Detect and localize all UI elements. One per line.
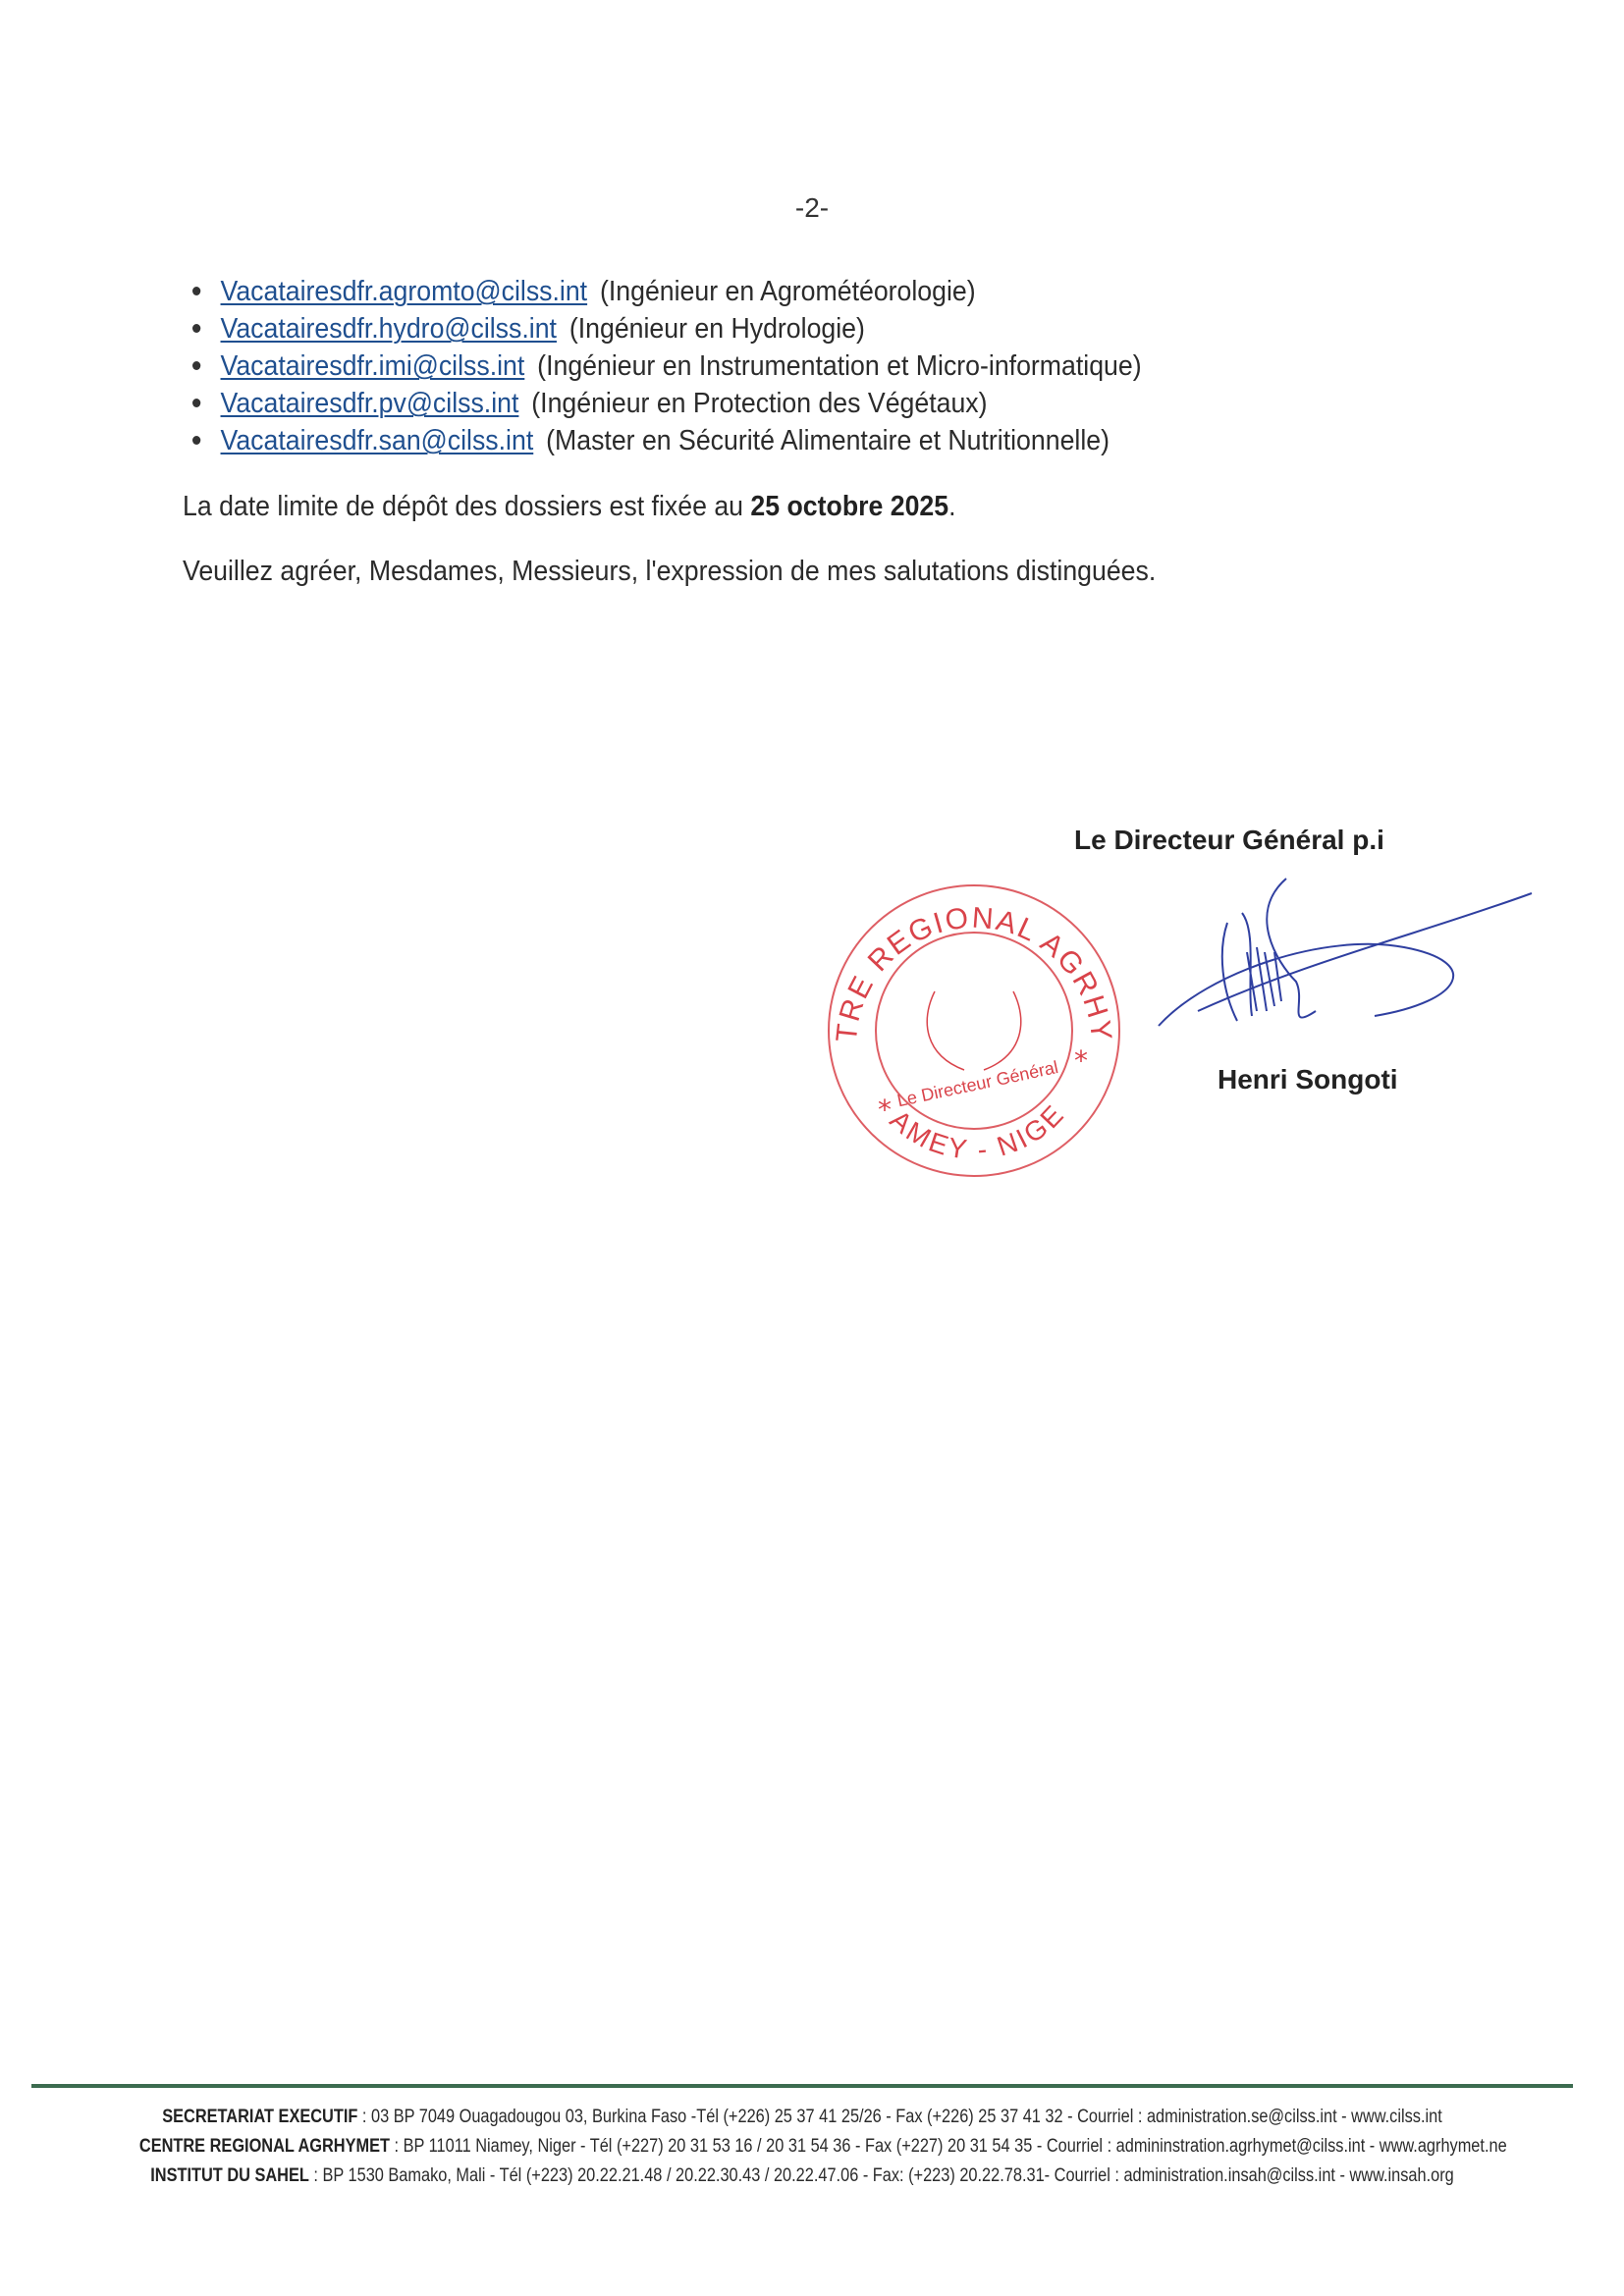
deadline-date: 25 octobre 2025 (750, 491, 948, 522)
svg-text:CENTRE REGIONAL AGRHYMET: CENTRE REGIONAL AGRHYMET (817, 874, 1117, 1043)
footer-line-insah: INSTITUT DU SAHEL : BP 1530 Bamako, Mali… (139, 2162, 1465, 2191)
email-link[interactable]: Vacatairesdfr.hydro@cilss.int (221, 313, 557, 345)
stamp-outer-text: CENTRE REGIONAL AGRHYMET (817, 874, 1117, 1043)
list-item: Vacatairesdfr.hydro@cilss.int(Ingénieur … (192, 310, 1142, 347)
email-list: Vacatairesdfr.agromto@cilss.int(Ingénieu… (192, 273, 1224, 459)
footer-details: : BP 11011 Niamey, Niger - Tél (+227) 20… (390, 2136, 1507, 2157)
footer-divider (31, 2084, 1573, 2088)
page-number: -2- (0, 192, 1624, 224)
bullet-icon (192, 287, 200, 295)
bullet-icon (192, 361, 200, 370)
svg-text:*: * (878, 1094, 892, 1126)
official-stamp-icon: CENTRE REGIONAL AGRHYMET NIAMEY - NIGER … (817, 874, 1131, 1188)
footer-org: SECRETARIAT EXECUTIF (162, 2107, 357, 2127)
list-item: Vacatairesdfr.agromto@cilss.int(Ingénieu… (192, 273, 1142, 310)
email-description: (Ingénieur en Agrométéorologie) (600, 276, 976, 307)
closing-paragraph: Veuillez agréer, Mesdames, Messieurs, l'… (183, 556, 1156, 588)
footer-org: INSTITUT DU SAHEL (150, 2165, 309, 2186)
email-link[interactable]: Vacatairesdfr.pv@cilss.int (221, 388, 519, 419)
footer: SECRETARIAT EXECUTIF : 03 BP 7049 Ouagad… (31, 2103, 1573, 2191)
footer-line-agrhymet: CENTRE REGIONAL AGRHYMET : BP 11011 Niam… (139, 2132, 1465, 2162)
footer-details: : BP 1530 Bamako, Mali - Tél (+223) 20.2… (309, 2165, 1454, 2186)
list-item: Vacatairesdfr.imi@cilss.int(Ingénieur en… (192, 347, 1142, 385)
stamp-inner-text: Le Directeur Général (895, 1057, 1060, 1110)
email-link[interactable]: Vacatairesdfr.imi@cilss.int (221, 350, 525, 382)
signatory-name: Henri Songoti (1218, 1064, 1398, 1095)
deadline-text: La date limite de dépôt des dossiers est… (183, 491, 750, 522)
deadline-period: . (948, 491, 955, 522)
email-description: (Ingénieur en Protection des Végétaux) (531, 388, 987, 419)
email-link[interactable]: Vacatairesdfr.san@cilss.int (221, 425, 534, 456)
bullet-icon (192, 436, 200, 445)
svg-text:*: * (1074, 1044, 1088, 1077)
email-description: (Master en Sécurité Alimentaire et Nutri… (546, 425, 1110, 456)
signature-icon (1149, 854, 1542, 1050)
signatory-title: Le Directeur Général p.i (1074, 825, 1384, 856)
bullet-icon (192, 399, 200, 407)
bullet-icon (192, 324, 200, 333)
footer-line-secretariat: SECRETARIAT EXECUTIF : 03 BP 7049 Ouagad… (139, 2103, 1465, 2132)
list-item: Vacatairesdfr.pv@cilss.int(Ingénieur en … (192, 385, 1142, 422)
email-description: (Ingénieur en Instrumentation et Micro-i… (537, 350, 1141, 382)
footer-org: CENTRE REGIONAL AGRHYMET (139, 2136, 390, 2157)
footer-details: : 03 BP 7049 Ouagadougou 03, Burkina Fas… (357, 2107, 1441, 2127)
email-link[interactable]: Vacatairesdfr.agromto@cilss.int (221, 276, 588, 307)
email-description: (Ingénieur en Hydrologie) (569, 313, 865, 345)
list-item: Vacatairesdfr.san@cilss.int(Master en Sé… (192, 422, 1142, 459)
deadline-paragraph: La date limite de dépôt des dossiers est… (183, 491, 956, 523)
